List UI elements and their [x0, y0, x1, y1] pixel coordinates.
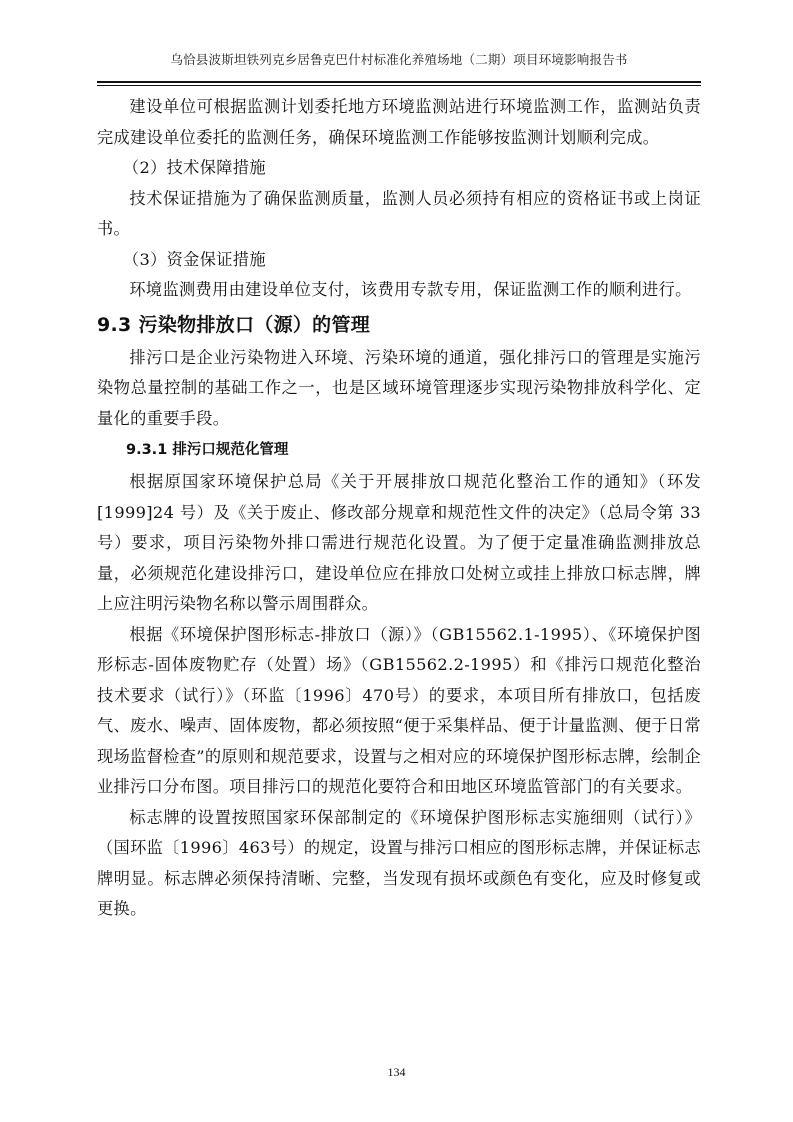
paragraph-outlet-management-intro: 排污口是企业污染物进入环境、污染环境的通道，强化排污口的管理是实施污染物总量控制…: [97, 343, 701, 435]
page-number: 134: [0, 1065, 793, 1080]
paragraph-monitoring-commission: 建设单位可根据监测计划委托地方环境监测站进行环境监测工作，监测站负责完成建设单位…: [97, 92, 701, 153]
running-header: 乌恰县波斯坦铁列克乡居鲁克巴什村标准化养殖场地（二期）项目环境影响报告书: [97, 50, 701, 68]
paragraph-funding-measures: 环境监测费用由建设单位支付，该费用专款专用，保证监测工作的顺利进行。: [97, 275, 701, 306]
section-heading-9-3-1: 9.3.1 排污口规范化管理: [97, 434, 701, 467]
paragraph-outlet-standards: 根据《环境保护图形标志-排放口（源）》（GB15562.1-1995）、《环境保…: [97, 620, 701, 803]
page-content: 建设单位可根据监测计划委托地方环境监测站进行环境监测工作，监测站负责完成建设单位…: [97, 92, 701, 925]
subheading-technical-measures: （2）技术保障措施: [97, 153, 701, 184]
paragraph-technical-measures: 技术保证措施为了确保监测质量，监测人员必须持有相应的资格证书或上岗证书。: [97, 184, 701, 245]
section-heading-9-3: 9.3 污染物排放口（源）的管理: [97, 308, 701, 342]
paragraph-signboard-rules: 标志牌的设置按照国家环保部制定的《环境保护图形标志实施细则（试行）》（国环监〔1…: [97, 803, 701, 925]
header-double-rule: [97, 81, 701, 86]
subheading-funding-measures: （3）资金保证措施: [97, 245, 701, 276]
paragraph-outlet-regulation: 根据原国家环境保护总局《关于开展排放口规范化整治工作的通知》（环发[1999]2…: [97, 467, 701, 620]
